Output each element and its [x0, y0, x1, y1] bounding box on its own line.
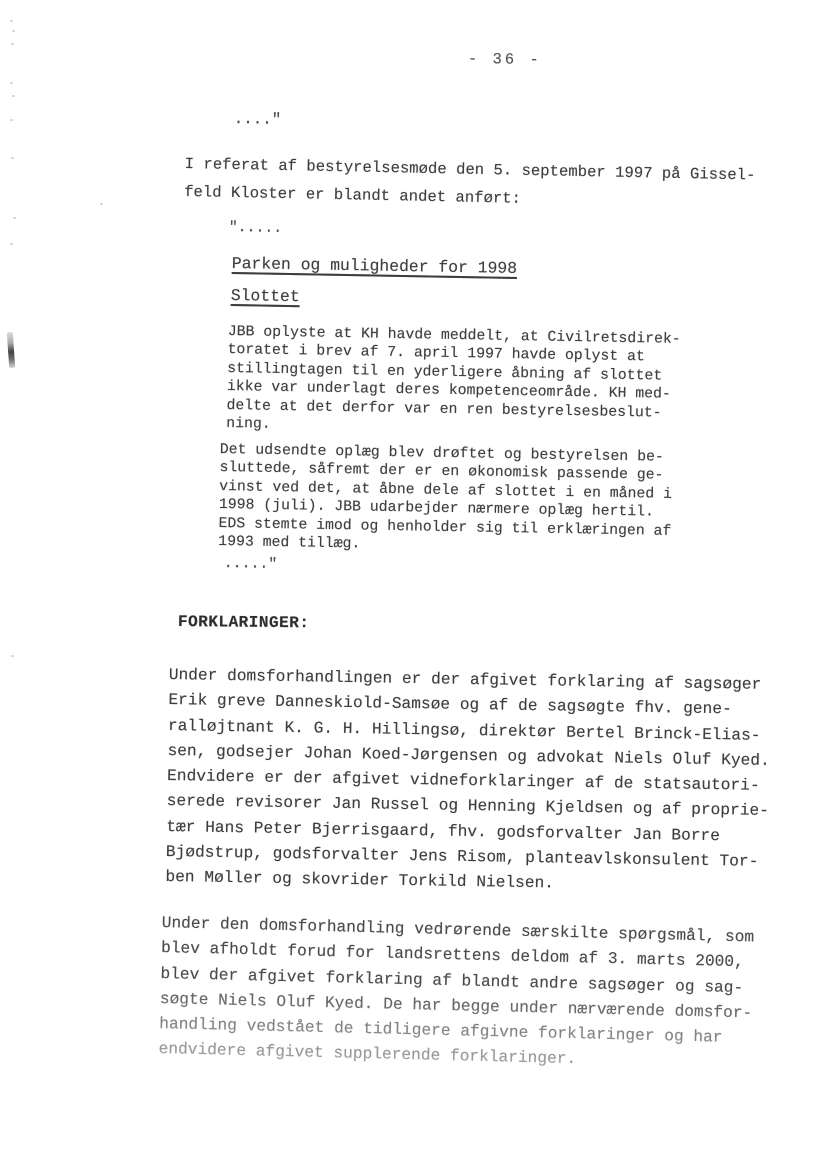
quoted-minutes-paragraph-2: Det udsendte oplæg blev drøftet og besty…: [218, 441, 673, 559]
scan-speck: [10, 119, 13, 121]
scan-speck: [13, 217, 16, 219]
section-heading-forklaringer: FORKLARINGER:: [178, 613, 310, 632]
scan-speck: [100, 203, 103, 205]
scan-speck: [12, 95, 15, 97]
quote-open-mark: ".....: [229, 220, 283, 237]
explanations-paragraph: Under domsforhandlingen er der afgivet f…: [165, 663, 771, 901]
prior-hearing-paragraph: Under den domsforhandling vedrørende sær…: [158, 911, 754, 1077]
scanned-court-document-page: - 36 - ...." I referat af bestyrelsesmød…: [0, 0, 826, 1169]
scan-speck: [11, 157, 14, 159]
heading-slottet: Slottet: [231, 286, 300, 306]
ink-smudge: [7, 332, 15, 368]
quote-end-mark: .....": [224, 556, 278, 573]
scan-speck: [11, 655, 14, 657]
quoted-minutes-paragraph-1: JBB oplyste at KH havde meddelt, at Civi…: [226, 323, 681, 441]
scan-speck: [12, 30, 15, 32]
scan-speck: [10, 20, 13, 22]
page-number: - 36 -: [468, 50, 542, 69]
intro-paragraph: I referat af bestyrelsesmøde den 5. sept…: [184, 150, 756, 217]
scan-speck: [10, 82, 13, 84]
scan-speck: [11, 43, 14, 45]
quote-end-mark-top: ....": [234, 110, 282, 129]
scan-speck: [10, 243, 13, 245]
heading-parken-og-muligheder: Parken og muligheder for 1998: [232, 254, 518, 278]
